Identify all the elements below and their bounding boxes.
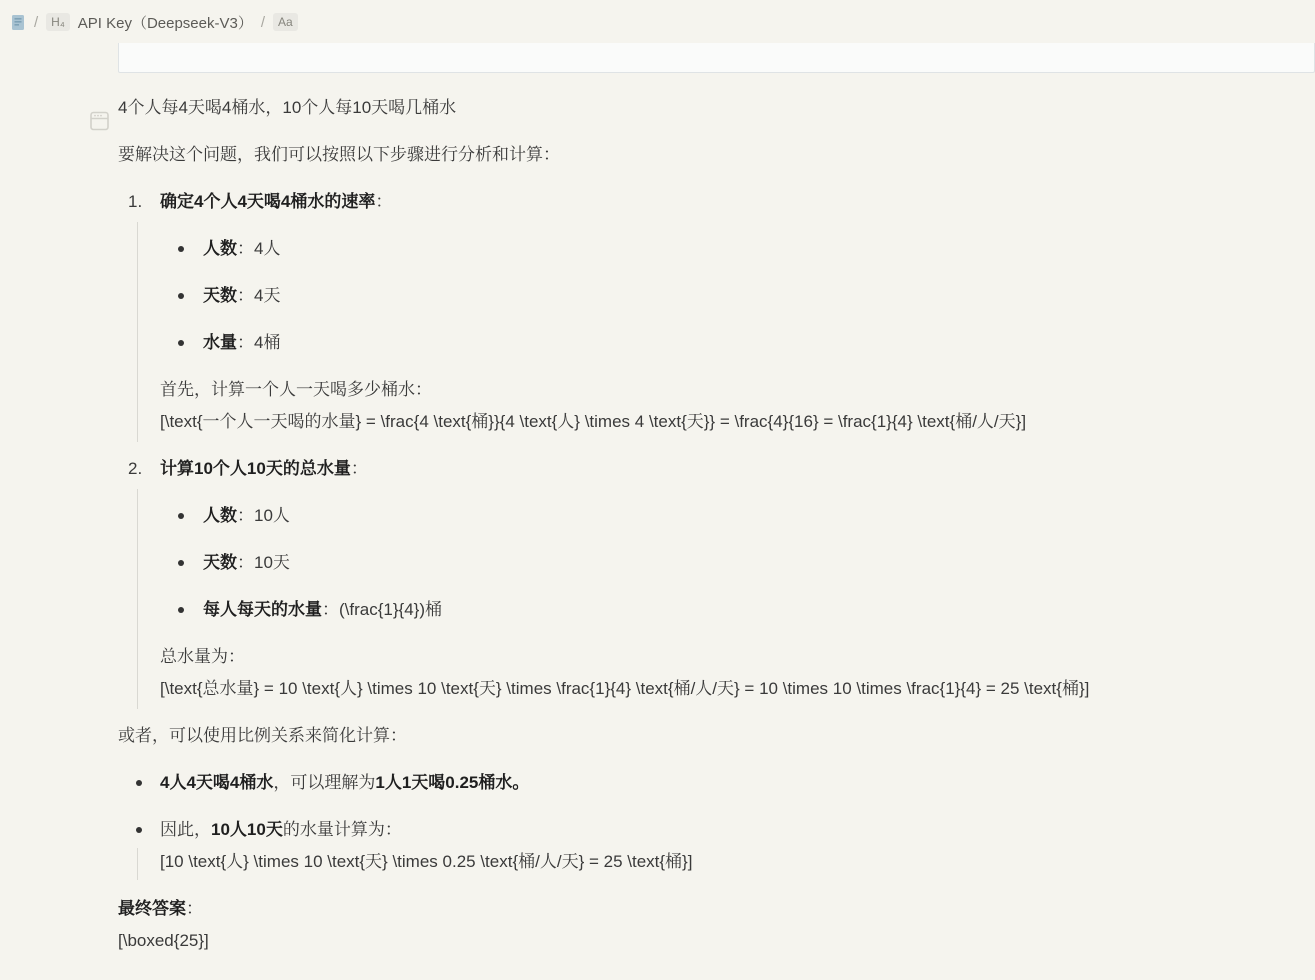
breadcrumb-title[interactable]: API Key（Deepseek-V3） bbox=[78, 12, 253, 33]
latex-formula: [10 \text{人} \times 10 \text{天} \times 0… bbox=[160, 850, 1301, 874]
paragraph-text: 首先，计算一个人一天喝多少桶水： bbox=[160, 378, 1301, 402]
step-2-body: 人数：10人 天数：10天 每人每天的水量：(\frac{1}{4})桶 总水量… bbox=[118, 481, 1301, 701]
step-title-text: 计算10个人10天的总水量 bbox=[160, 459, 351, 478]
document-icon[interactable] bbox=[10, 14, 26, 31]
question-block: 4个人每4天喝4桶水，10个人每10天喝几桶水 bbox=[118, 96, 1301, 120]
intro-paragraph: 要解决这个问题，我们可以按照以下步骤进行分析和计算： bbox=[118, 143, 1301, 167]
alt-intro-paragraph: 或者，可以使用比例关系来简化计算： bbox=[118, 724, 1301, 748]
list-item: 每人每天的水量：(\frac{1}{4})桶 bbox=[118, 598, 1301, 622]
step-2-title: 2. 计算10个人10天的总水量： bbox=[118, 457, 1301, 481]
latex-formula: [\text{总水量} = 10 \text{人} \times 10 \tex… bbox=[160, 677, 1301, 701]
clipped-top-panel bbox=[118, 43, 1315, 73]
heading-level-badge[interactable]: H₄ bbox=[46, 13, 70, 31]
list-item: 水量：4桶 bbox=[118, 331, 1301, 355]
breadcrumb: / H₄ API Key（Deepseek-V3） / Aa bbox=[0, 0, 1315, 33]
step-1-title: 1. 确定4个人4天喝4桶水的速率： bbox=[118, 190, 1301, 214]
step-1-paragraph: 首先，计算一个人一天喝多少桶水： [\text{一个人一天喝的水量} = \fr… bbox=[118, 378, 1301, 434]
breadcrumb-separator: / bbox=[34, 14, 38, 31]
text-block-badge[interactable]: Aa bbox=[273, 13, 298, 31]
block-card-icon[interactable] bbox=[90, 111, 109, 138]
step-2-paragraph: 总水量为： [\text{总水量} = 10 \text{人} \times 1… bbox=[118, 645, 1301, 701]
step-1-body: 人数：4人 天数：4天 水量：4桶 首先，计算一个人一天喝多少桶水： [\tex… bbox=[118, 214, 1301, 434]
step-2: 2. 计算10个人10天的总水量： 人数：10人 天数：10天 每人每天的水量：… bbox=[118, 457, 1301, 701]
step-number: 2. bbox=[118, 457, 160, 481]
list-item: 人数：10人 bbox=[118, 504, 1301, 528]
bullet-icon bbox=[136, 780, 142, 786]
step-number: 1. bbox=[118, 190, 160, 214]
bullet-icon bbox=[178, 607, 184, 613]
list-item: 人数：4人 bbox=[118, 237, 1301, 261]
list-item: 4人4天喝4桶水，可以理解为1人1天喝0.25桶水。 bbox=[118, 771, 1301, 795]
bullet-icon bbox=[178, 513, 184, 519]
paragraph-text: 总水量为： bbox=[160, 645, 1301, 669]
list-item: 天数：10天 bbox=[118, 551, 1301, 575]
bullet-icon bbox=[178, 560, 184, 566]
question-text: 4个人每4天喝4桶水，10个人每10天喝几桶水 bbox=[118, 98, 456, 117]
bullet-icon bbox=[178, 293, 184, 299]
list-item: 因此，10人10天的水量计算为： [10 \text{人} \times 10 … bbox=[118, 818, 1301, 874]
bullet-icon bbox=[178, 246, 184, 252]
breadcrumb-separator: / bbox=[261, 14, 265, 31]
final-answer-label: 最终答案： bbox=[118, 897, 1301, 921]
step-title-text: 确定4个人4天喝4桶水的速率 bbox=[160, 192, 375, 211]
list-item: 天数：4天 bbox=[118, 284, 1301, 308]
latex-formula: [\boxed{25}] bbox=[118, 929, 1301, 953]
bullet-text: 因此，10人10天的水量计算为： bbox=[160, 818, 1301, 842]
step-1: 1. 确定4个人4天喝4桶水的速率： 人数：4人 天数：4天 水量：4桶 首先，… bbox=[118, 190, 1301, 434]
indented-formula-block: [10 \text{人} \times 10 \text{天} \times 0… bbox=[160, 850, 1301, 874]
bullet-icon bbox=[178, 340, 184, 346]
document-body: 4个人每4天喝4桶水，10个人每10天喝几桶水 要解决这个问题，我们可以按照以下… bbox=[118, 96, 1301, 953]
bullet-icon bbox=[136, 827, 142, 833]
latex-formula: [\text{一个人一天喝的水量} = \frac{4 \text{桶}}{4 … bbox=[160, 410, 1301, 434]
